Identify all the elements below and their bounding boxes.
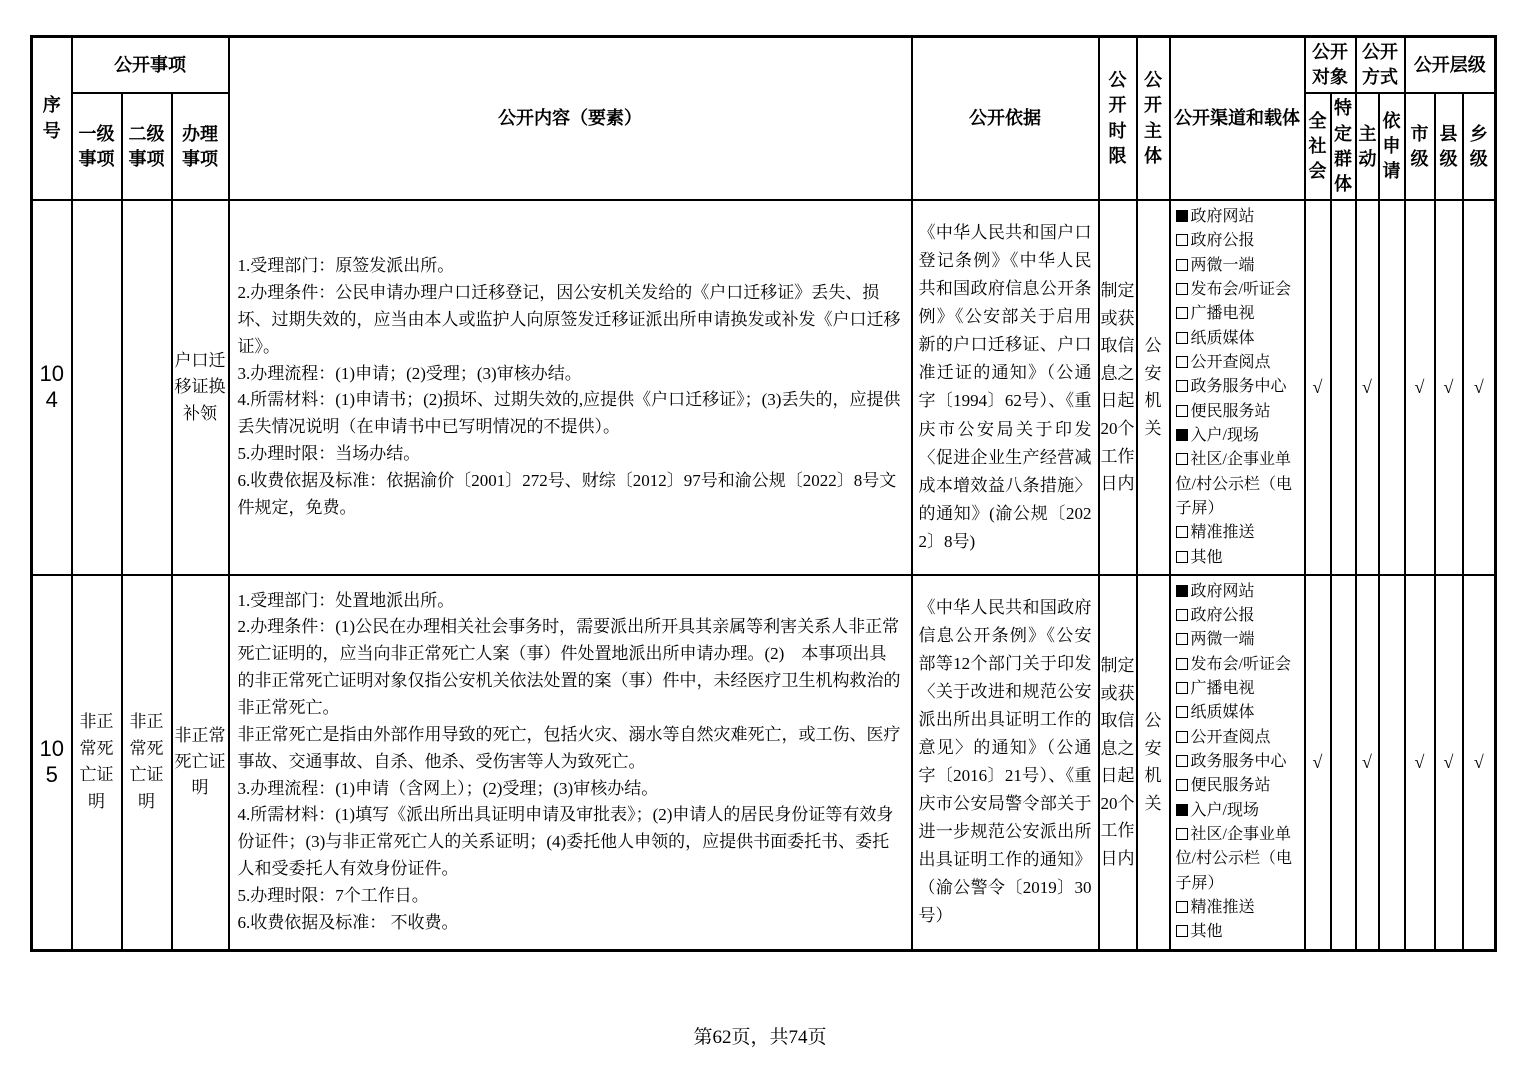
channel-item: 社区/企事业单位/村公示栏（电子屏） <box>1176 823 1302 896</box>
channel-label: 政府公报 <box>1191 607 1255 624</box>
channel-item: 政务服务中心 <box>1176 750 1302 774</box>
channels-cell: 政府网站政府公报两微一端发布会/听证会广播电视纸质媒体公开查阅点政务服务中心便民… <box>1170 200 1305 575</box>
channel-item: 公开查阅点 <box>1176 726 1302 750</box>
mark-township-level: √ <box>1463 200 1496 575</box>
channel-label: 发布会/听证会 <box>1191 656 1291 673</box>
channel-label: 其他 <box>1191 923 1223 940</box>
checkbox-unchecked-icon <box>1176 731 1188 743</box>
subject-cell: 公安机关 <box>1137 200 1170 575</box>
channel-label: 纸质媒体 <box>1191 330 1255 347</box>
checkbox-unchecked-icon <box>1176 405 1188 417</box>
col-header-level1-item: 一级事项 <box>72 93 122 200</box>
checkbox-unchecked-icon <box>1176 356 1188 368</box>
channel-label: 便民服务站 <box>1191 777 1271 794</box>
checkbox-unchecked-icon <box>1176 779 1188 791</box>
level2-cell <box>122 200 172 575</box>
checkbox-unchecked-icon <box>1176 706 1188 718</box>
checkbox-unchecked-icon <box>1176 633 1188 645</box>
channel-label: 公开查阅点 <box>1191 354 1271 371</box>
checkbox-checked-icon <box>1176 585 1188 597</box>
checkbox-checked-icon <box>1176 429 1188 441</box>
channel-item: 纸质媒体 <box>1176 701 1302 725</box>
channel-label: 政府网站 <box>1191 208 1255 225</box>
col-header-method: 公开方式 <box>1356 37 1405 94</box>
channel-item: 政府网站 <box>1176 580 1302 604</box>
channel-item: 纸质媒体 <box>1176 327 1302 351</box>
col-header-on-request: 依申请 <box>1379 93 1405 200</box>
checkbox-unchecked-icon <box>1176 901 1188 913</box>
channel-label: 公开查阅点 <box>1191 729 1271 746</box>
col-header-specific-group: 特定群体 <box>1331 93 1356 200</box>
page-footer: 第62页，共74页 <box>0 1022 1520 1049</box>
level1-cell <box>72 200 122 575</box>
checkbox-unchecked-icon <box>1176 609 1188 621</box>
channel-label: 政务服务中心 <box>1191 378 1287 395</box>
handling-item-cell: 非正常死亡证明 <box>172 575 229 950</box>
channel-item: 便民服务站 <box>1176 774 1302 798</box>
time-limit-cell: 制定或获取信息之日起20个工作日内 <box>1099 200 1137 575</box>
channel-item: 两微一端 <box>1176 628 1302 652</box>
channel-label: 纸质媒体 <box>1191 704 1255 721</box>
channel-label: 两微一端 <box>1191 257 1255 274</box>
checkbox-unchecked-icon <box>1176 925 1188 937</box>
checkbox-unchecked-icon <box>1176 332 1188 344</box>
col-header-proactive: 主动 <box>1356 93 1379 200</box>
col-header-content: 公开内容（要素） <box>229 37 912 201</box>
channel-item: 政务服务中心 <box>1176 375 1302 399</box>
checkbox-unchecked-icon <box>1176 259 1188 271</box>
channel-item: 精准推送 <box>1176 896 1302 920</box>
channel-label: 广播电视 <box>1191 305 1255 322</box>
content-cell: 1.受理部门：原签发派出所。 2.办理条件：公民申请办理户口迁移登记，因公安机关… <box>229 200 912 575</box>
checkbox-checked-icon <box>1176 210 1188 222</box>
mark-specific-group <box>1331 575 1356 950</box>
mark-county-level: √ <box>1435 200 1463 575</box>
col-header-city-level: 市级 <box>1405 93 1435 200</box>
channel-item: 其他 <box>1176 546 1302 570</box>
channel-item: 政府公报 <box>1176 229 1302 253</box>
col-header-handling-item: 办理事项 <box>172 93 229 200</box>
col-header-audience: 公开对象 <box>1305 37 1356 94</box>
channel-label: 精准推送 <box>1191 524 1255 541</box>
col-header-public-matters: 公开事项 <box>72 37 229 94</box>
subject-cell: 公安机关 <box>1137 575 1170 950</box>
channel-label: 政府网站 <box>1191 583 1255 600</box>
col-header-county-level: 县级 <box>1435 93 1463 200</box>
channel-item: 其他 <box>1176 920 1302 944</box>
channel-label: 社区/企事业单位/村公示栏（电子屏） <box>1176 451 1292 517</box>
mark-all-society: √ <box>1305 575 1331 950</box>
checkbox-unchecked-icon <box>1176 453 1188 465</box>
mark-on-request <box>1379 200 1405 575</box>
checkbox-unchecked-icon <box>1176 755 1188 767</box>
checkbox-checked-icon <box>1176 804 1188 816</box>
channel-item: 入户/现场 <box>1176 799 1302 823</box>
col-header-time-limit: 公开时限 <box>1099 37 1137 201</box>
mark-township-level: √ <box>1463 575 1496 950</box>
mark-proactive: √ <box>1356 200 1379 575</box>
col-header-township-level: 乡级 <box>1463 93 1496 200</box>
channel-item: 广播电视 <box>1176 302 1302 326</box>
time-limit-cell: 制定或获取信息之日起20个工作日内 <box>1099 575 1137 950</box>
table-row-105: 105 非正常死亡证明 非正常死亡证明 非正常死亡证明 1.受理部门：处置地派出… <box>32 575 1496 950</box>
channel-label: 政府公报 <box>1191 232 1255 249</box>
mark-proactive: √ <box>1356 575 1379 950</box>
channel-label: 社区/企事业单位/村公示栏（电子屏） <box>1176 826 1292 892</box>
channel-label: 入户/现场 <box>1191 427 1259 444</box>
mark-city-level: √ <box>1405 575 1435 950</box>
channel-label: 精准推送 <box>1191 899 1255 916</box>
col-header-channels: 公开渠道和载体 <box>1170 37 1305 201</box>
checkbox-unchecked-icon <box>1176 682 1188 694</box>
level1-cell: 非正常死亡证明 <box>72 575 122 950</box>
channel-label: 其他 <box>1191 549 1223 566</box>
checkbox-unchecked-icon <box>1176 283 1188 295</box>
channel-item: 发布会/听证会 <box>1176 278 1302 302</box>
mark-specific-group <box>1331 200 1356 575</box>
col-header-basis: 公开依据 <box>912 37 1099 201</box>
channel-label: 政务服务中心 <box>1191 753 1287 770</box>
checkbox-unchecked-icon <box>1176 658 1188 670</box>
channel-item: 政府公报 <box>1176 604 1302 628</box>
channel-item: 政府网站 <box>1176 205 1302 229</box>
mark-all-society: √ <box>1305 200 1331 575</box>
channels-cell: 政府网站政府公报两微一端发布会/听证会广播电视纸质媒体公开查阅点政务服务中心便民… <box>1170 575 1305 950</box>
checkbox-unchecked-icon <box>1176 234 1188 246</box>
channel-label: 两微一端 <box>1191 631 1255 648</box>
col-header-seq: 序号 <box>32 37 72 201</box>
checkbox-unchecked-icon <box>1176 828 1188 840</box>
col-header-all-society: 全社会 <box>1305 93 1331 200</box>
channel-label: 入户/现场 <box>1191 802 1259 819</box>
channel-item: 两微一端 <box>1176 254 1302 278</box>
checkbox-unchecked-icon <box>1176 307 1188 319</box>
basis-cell: 《中华人民共和国户口登记条例》《中华人民共和国政府信息公开条例》《公安部关于启用… <box>912 200 1099 575</box>
channel-list: 政府网站政府公报两微一端发布会/听证会广播电视纸质媒体公开查阅点政务服务中心便民… <box>1176 205 1302 570</box>
channel-item: 社区/企事业单位/村公示栏（电子屏） <box>1176 448 1302 521</box>
col-header-level2-item: 二级事项 <box>122 93 172 200</box>
channel-label: 广播电视 <box>1191 680 1255 697</box>
content-cell: 1.受理部门：处置地派出所。 2.办理条件：(1)公民在办理相关社会事务时，需要… <box>229 575 912 950</box>
channel-item: 便民服务站 <box>1176 400 1302 424</box>
mark-on-request <box>1379 575 1405 950</box>
channel-item: 公开查阅点 <box>1176 351 1302 375</box>
checkbox-unchecked-icon <box>1176 551 1188 563</box>
header-row-top: 序号 公开事项 公开内容（要素） 公开依据 公开时限 公开主体 公开渠道和载体 … <box>32 37 1496 94</box>
col-header-subject: 公开主体 <box>1137 37 1170 201</box>
handling-item-cell: 户口迁移证换补领 <box>172 200 229 575</box>
checkbox-unchecked-icon <box>1176 380 1188 392</box>
channel-list: 政府网站政府公报两微一端发布会/听证会广播电视纸质媒体公开查阅点政务服务中心便民… <box>1176 580 1302 945</box>
checkbox-unchecked-icon <box>1176 526 1188 538</box>
channel-item: 精准推送 <box>1176 521 1302 545</box>
channel-label: 便民服务站 <box>1191 403 1271 420</box>
mark-city-level: √ <box>1405 200 1435 575</box>
disclosure-table: 序号 公开事项 公开内容（要素） 公开依据 公开时限 公开主体 公开渠道和载体 … <box>30 35 1497 952</box>
channel-item: 发布会/听证会 <box>1176 653 1302 677</box>
channel-item: 广播电视 <box>1176 677 1302 701</box>
seq-cell: 105 <box>32 575 72 950</box>
basis-cell: 《中华人民共和国政府信息公开条例》《公安部等12个部门关于印发〈关于改进和规范公… <box>912 575 1099 950</box>
mark-county-level: √ <box>1435 575 1463 950</box>
channel-label: 发布会/听证会 <box>1191 281 1291 298</box>
table-row-104: 104 户口迁移证换补领 1.受理部门：原签发派出所。 2.办理条件：公民申请办… <box>32 200 1496 575</box>
level2-cell: 非正常死亡证明 <box>122 575 172 950</box>
col-header-level: 公开层级 <box>1405 37 1496 94</box>
seq-cell: 104 <box>32 200 72 575</box>
channel-item: 入户/现场 <box>1176 424 1302 448</box>
